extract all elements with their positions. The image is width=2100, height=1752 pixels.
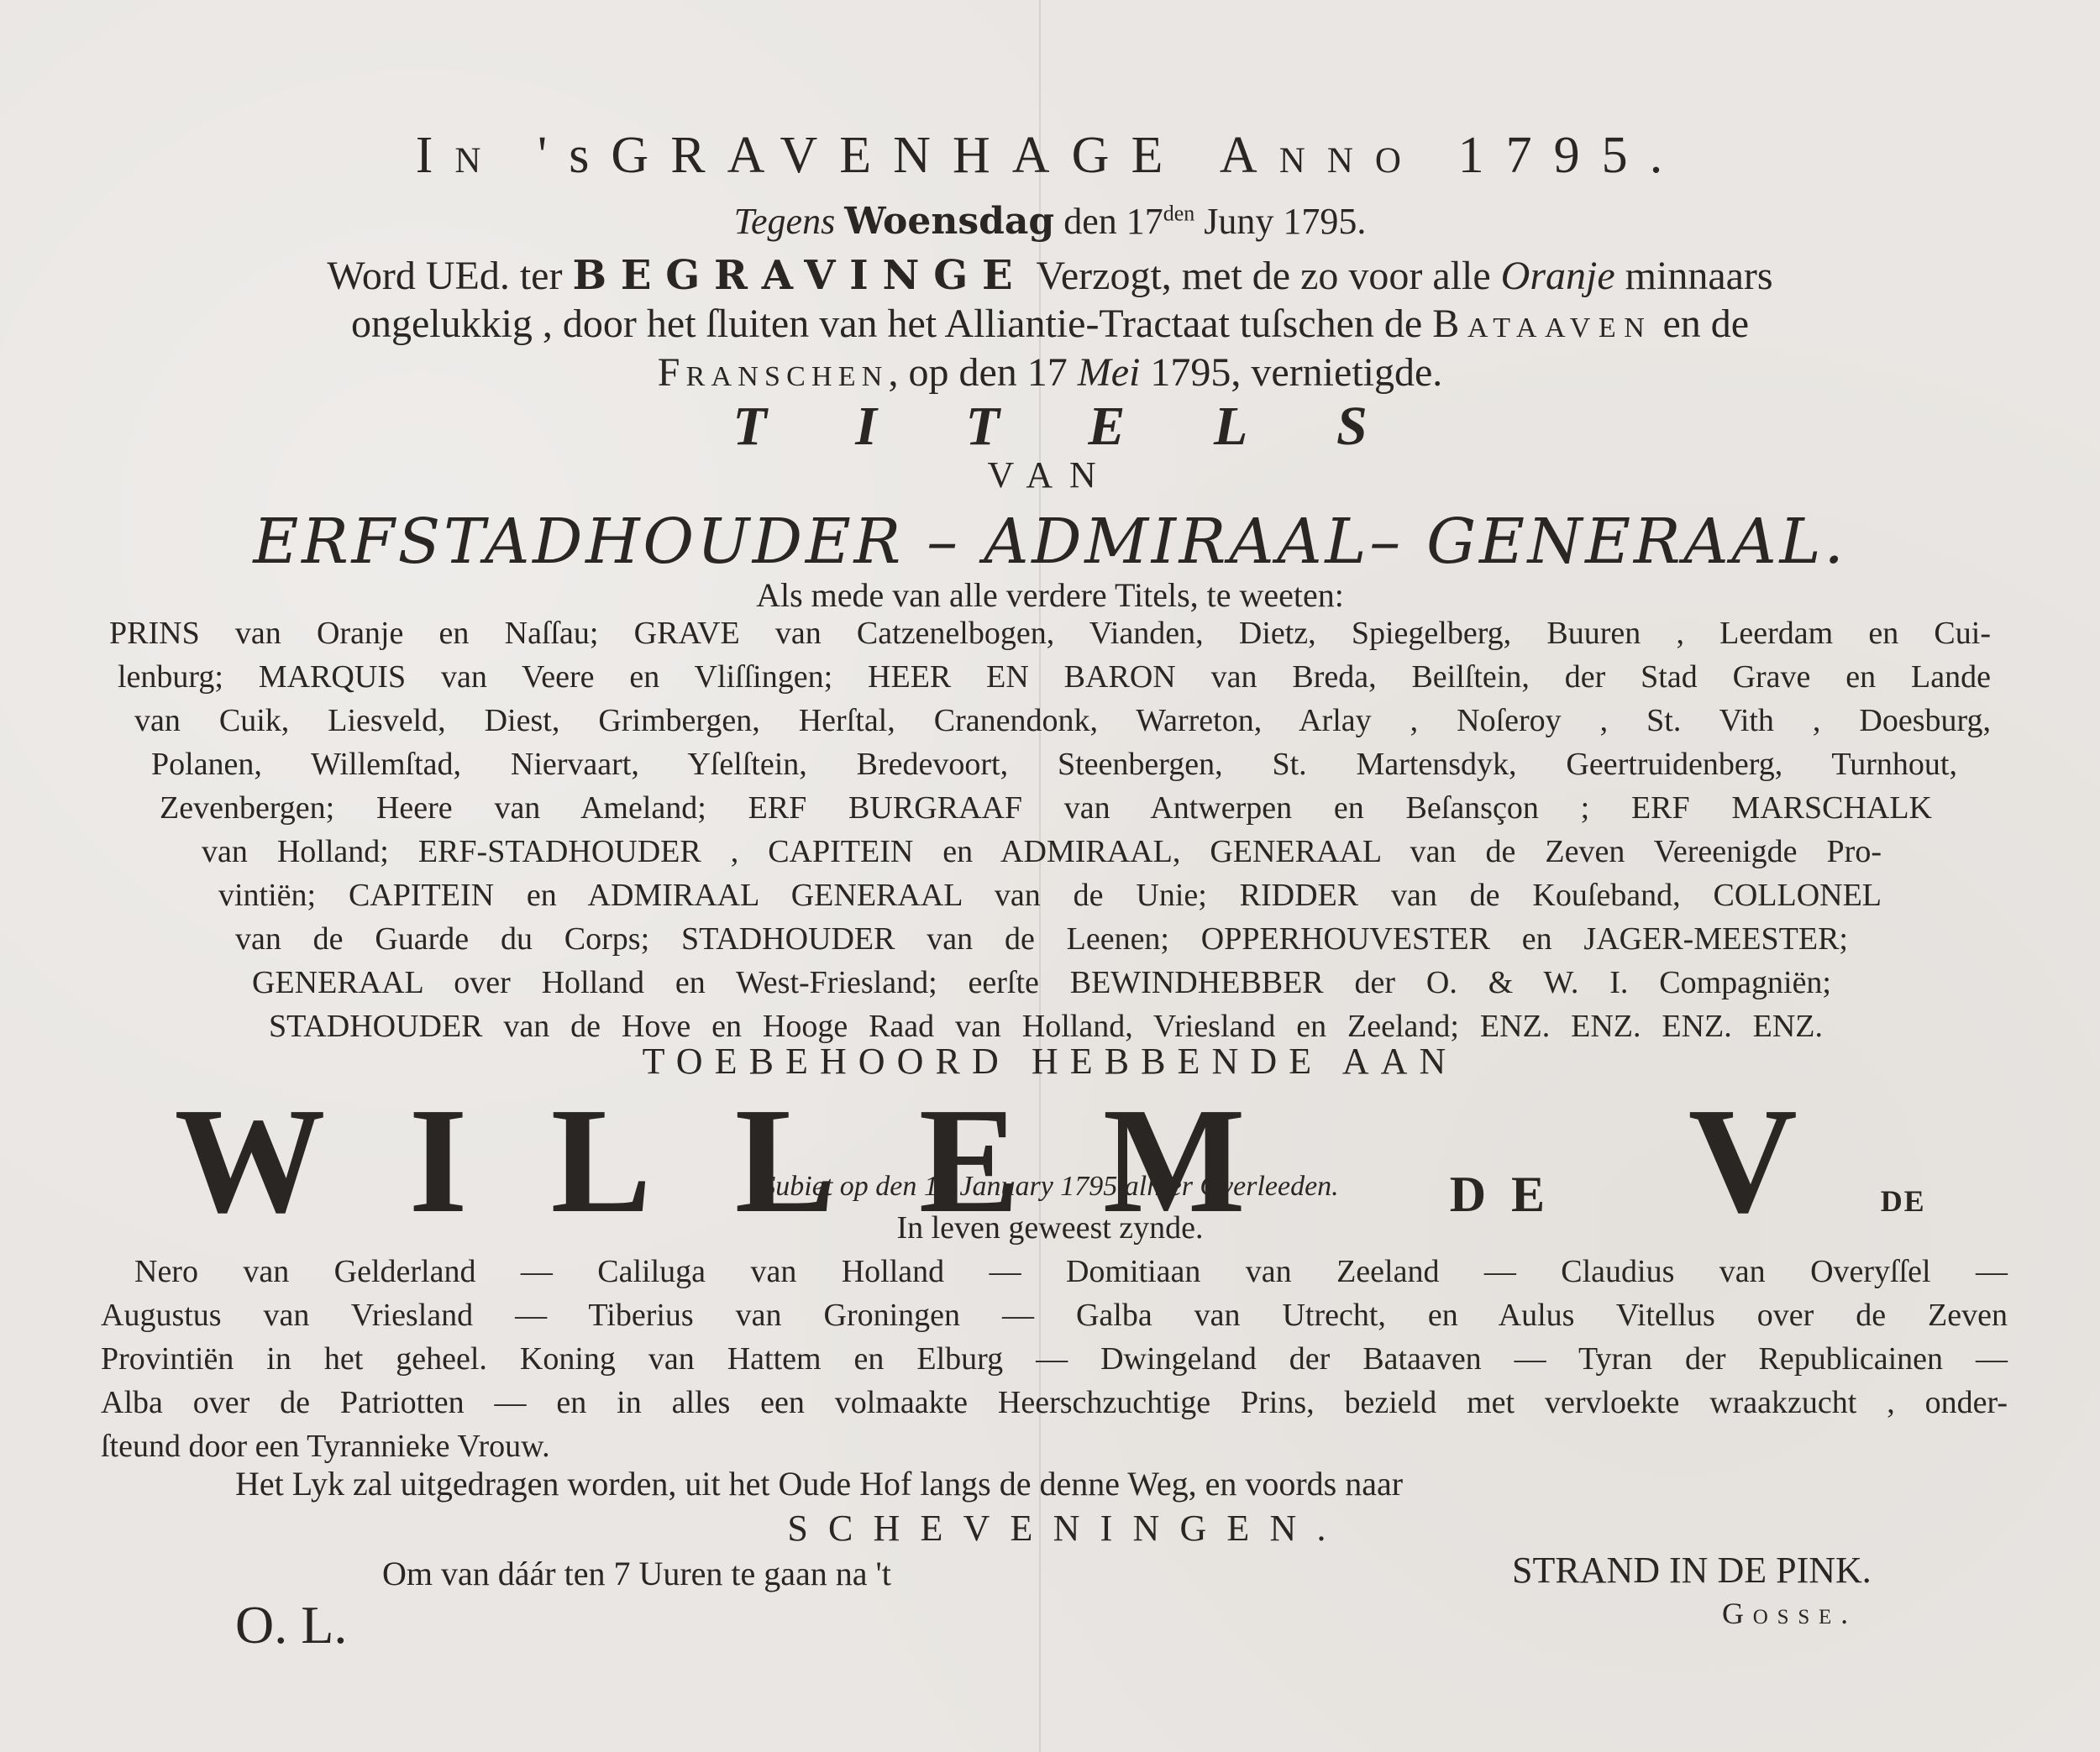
titels-heading: TITELS [0, 395, 2100, 459]
oranje-word: Oranje [1501, 254, 1615, 298]
invitation-text: Word UEd. ter [327, 254, 562, 298]
als-mede-line: Als mede van alle verdere Titels, te wee… [0, 575, 2100, 615]
date-superscript: den [1163, 201, 1195, 225]
strand-line: STRAND IN DE PINK. [1512, 1549, 1872, 1592]
date-tegens: Tegens [734, 201, 836, 242]
epithets-line: Nero van Gelderland — Caliluga van Holla… [101, 1250, 2008, 1293]
initials-signature: O. L. [235, 1594, 347, 1656]
invitation-line-3: Franschen, op den 17 Mei 1795, vernietig… [0, 349, 2100, 396]
in-leven-line: In leven geweest zynde. [0, 1209, 2100, 1246]
title-place: 'sGRAVENHAGE [538, 127, 1184, 184]
titles-line: Zevenbergen; Heere van Ameland; ERF BURG… [109, 786, 1991, 830]
titles-line: van de Guarde du Corps; STADHOUDER van d… [109, 917, 1991, 961]
titles-line: lenburg; MARQUIS van Veere en Vliſſingen… [109, 655, 1991, 699]
date-den: den 17 [1063, 201, 1163, 242]
invitation-text: en de [1662, 302, 1749, 346]
franschen-word: Franschen [658, 350, 889, 395]
scheveningen-heading: SCHEVENINGEN. [0, 1507, 2100, 1550]
title-anno: Anno [1220, 127, 1423, 184]
titles-line: vintiën; CAPITEIN en ADMIRAAL GENERAAL v… [109, 873, 1991, 917]
titles-line: van Holland; ERF-STADHOUDER , CAPITEIN e… [109, 830, 1991, 873]
subiet-line: Subiet op den 18 January 1795 alhier Ove… [0, 1171, 2100, 1203]
invitation-line-1: Word UEd. ter BEGRAVINGE Verzogt, met de… [0, 252, 2100, 299]
invitation-text: ongelukkig , door het ſluiten van het Al… [351, 302, 1422, 346]
titles-line: GENERAAL over Holland en West-Friesland;… [109, 961, 1991, 1005]
invitation-text: 1795, vernietigde. [1150, 350, 1442, 395]
bataaven-word: Bataaven [1432, 302, 1652, 346]
epithets-line: Alba over de Patriotten — en in alles ee… [101, 1381, 2008, 1424]
date-line: Tegens Woensdag den 17den Juny 1795. [0, 200, 2100, 243]
titles-line: van Cuik, Liesveld, Diest, Grimbergen, H… [109, 699, 1991, 742]
invitation-text: , op den 17 [888, 350, 1067, 395]
epithets-line: Provintiën in het geheel. Koning van Hat… [101, 1337, 2008, 1381]
invitation-line-2: ongelukkig , door het ſluiten van het Al… [0, 301, 2100, 347]
epithets-paragraph: Nero van Gelderland — Caliluga van Holla… [101, 1250, 2008, 1468]
title-year: 1795. [1458, 127, 1685, 184]
invitation-text: Verzogt, met de zo voor alle [1037, 254, 1491, 298]
procession-line: Het Lyk zal uitgedragen worden, uit het … [235, 1464, 1403, 1503]
broadside-document: In 'sGRAVENHAGE Anno 1795. Tegens Woensd… [0, 0, 2100, 1752]
mei-word: Mei [1078, 350, 1141, 395]
invitation-text: minnaars [1625, 254, 1773, 298]
date-day: Woensdag [844, 200, 1054, 243]
begravinge-word: BEGRAVINGE [572, 252, 1026, 299]
titles-paragraph: PRINS van Oranje en Naſſau; GRAVE van Ca… [109, 611, 1991, 1048]
om-line: Om van dáár ten 7 Uuren te gaan na 't [382, 1554, 891, 1593]
epithets-line: Augustus van Vriesland — Tiberius van Gr… [101, 1293, 2008, 1337]
title-prefix: In [416, 127, 503, 184]
date-rest: Juny 1795. [1204, 201, 1366, 242]
titles-line: PRINS van Oranje en Naſſau; GRAVE van Ca… [109, 611, 1991, 655]
erfstadhouder-heading: ERFSTADHOUDER – ADMIRAAL– GENERAAL. [0, 506, 2100, 578]
document-title: In 'sGRAVENHAGE Anno 1795. [0, 126, 2100, 186]
van-heading: VAN [0, 454, 2100, 496]
titles-line: Polanen, Willemſtad, Niervaart, Yſelſtei… [109, 742, 1991, 786]
gosse-signature: Gosse. [1722, 1596, 1857, 1631]
epithets-line: ſteund door een Tyrannieke Vrouw. [101, 1424, 2008, 1468]
